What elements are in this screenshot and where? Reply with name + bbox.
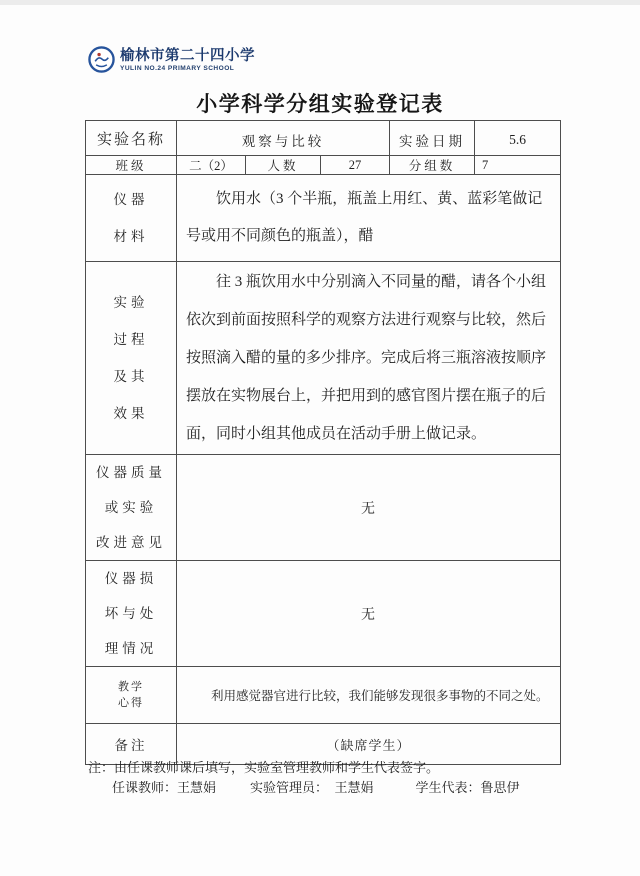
label-line: 改进意见 bbox=[86, 525, 176, 560]
label-line: 过程 bbox=[86, 321, 176, 358]
form-title: 小学科学分组实验登记表 bbox=[0, 88, 640, 118]
school-emblem-icon bbox=[88, 46, 115, 73]
class-label: 班级 bbox=[86, 156, 177, 175]
top-strip bbox=[0, 0, 640, 5]
student-rep-signature: 学生代表：鲁思伊 bbox=[416, 779, 520, 797]
row-process: 实验 过程 及其 效果 往 3 瓶饮用水中分别滴入不同量的醋，请各个小组依次到前… bbox=[86, 262, 561, 455]
quality-content: 无 bbox=[177, 455, 561, 561]
label-line: 仪器 bbox=[86, 181, 176, 218]
experiment-name-value: 观察与比较 bbox=[177, 121, 390, 156]
label-line: 效果 bbox=[86, 395, 176, 432]
school-name-cn: 榆林市第二十四小学 bbox=[120, 48, 255, 64]
label-line: 或实验 bbox=[86, 490, 176, 525]
quality-label: 仪器质量 或实验 改进意见 bbox=[86, 455, 177, 561]
school-header: 榆林市第二十四小学 YULIN NO.24 PRIMARY SCHOOL bbox=[88, 46, 255, 73]
school-name-en: YULIN NO.24 PRIMARY SCHOOL bbox=[120, 65, 255, 72]
reflection-label: 教学 心得 bbox=[86, 667, 177, 724]
process-content: 往 3 瓶饮用水中分别滴入不同量的醋，请各个小组依次到前面按照科学的观察方法进行… bbox=[177, 262, 561, 455]
materials-content: 饮用水（3 个半瓶，瓶盖上用红、黄、蓝彩笔做记号或用不同颜色的瓶盖），醋 bbox=[177, 175, 561, 262]
experiment-form-table: 实验名称 观察与比较 实验日期 5.6 班级 二（2） 人数 27 分组数 7 … bbox=[85, 120, 561, 765]
label-line: 理情况 bbox=[86, 631, 176, 666]
students-value: 27 bbox=[321, 156, 390, 175]
damage-content: 无 bbox=[177, 561, 561, 667]
materials-text: 饮用水（3 个半瓶，瓶盖上用红、黄、蓝彩笔做记号或用不同颜色的瓶盖），醋 bbox=[186, 181, 551, 255]
row-quality: 仪器质量 或实验 改进意见 无 bbox=[86, 455, 561, 561]
document-page: 榆林市第二十四小学 YULIN NO.24 PRIMARY SCHOOL 小学科… bbox=[0, 0, 640, 876]
label-line: 仪器损 bbox=[86, 561, 176, 596]
lab-manager-signature: 实验管理员： 王慧娟 bbox=[250, 779, 374, 797]
footer-notes: 注：由任课教师课后填写，实验室管理教师和学生代表签字。 任课教师：王慧娟 实验管… bbox=[88, 759, 558, 797]
reflection-content: 利用感觉器官进行比较，我们能够发现很多事物的不同之处。 bbox=[177, 667, 561, 724]
experiment-name-label: 实验名称 bbox=[86, 121, 177, 156]
label-line: 心得 bbox=[86, 695, 176, 711]
row-experiment-name: 实验名称 观察与比较 实验日期 5.6 bbox=[86, 121, 561, 156]
label-line: 坏与处 bbox=[86, 596, 176, 631]
process-label: 实验 过程 及其 效果 bbox=[86, 262, 177, 455]
label-line: 仪器质量 bbox=[86, 455, 176, 490]
reflection-text: 利用感觉器官进行比较，我们能够发现很多事物的不同之处。 bbox=[186, 686, 551, 704]
row-materials: 仪器 材料 饮用水（3 个半瓶，瓶盖上用红、黄、蓝彩笔做记号或用不同颜色的瓶盖）… bbox=[86, 175, 561, 262]
groups-label: 分组数 bbox=[390, 156, 475, 175]
row-damage: 仪器损 坏与处 理情况 无 bbox=[86, 561, 561, 667]
school-logo-text: 榆林市第二十四小学 YULIN NO.24 PRIMARY SCHOOL bbox=[120, 48, 255, 72]
experiment-date-value: 5.6 bbox=[475, 121, 561, 156]
class-value: 二（2） bbox=[177, 156, 246, 175]
damage-label: 仪器损 坏与处 理情况 bbox=[86, 561, 177, 667]
label-line: 实验 bbox=[86, 284, 176, 321]
row-class-info: 班级 二（2） 人数 27 分组数 7 bbox=[86, 156, 561, 175]
fill-instruction-note: 注：由任课教师课后填写，实验室管理教师和学生代表签字。 bbox=[88, 759, 558, 777]
label-line: 教学 bbox=[86, 679, 176, 695]
label-line: 材料 bbox=[86, 218, 176, 255]
teacher-signature: 任课教师：王慧娟 bbox=[112, 779, 216, 797]
process-text: 往 3 瓶饮用水中分别滴入不同量的醋，请各个小组依次到前面按照科学的观察方法进行… bbox=[186, 263, 551, 453]
groups-value: 7 bbox=[475, 156, 561, 175]
signature-line: 任课教师：王慧娟 实验管理员： 王慧娟 学生代表：鲁思伊 bbox=[88, 779, 558, 797]
materials-label: 仪器 材料 bbox=[86, 175, 177, 262]
experiment-date-label: 实验日期 bbox=[390, 121, 475, 156]
label-line: 及其 bbox=[86, 358, 176, 395]
students-label: 人数 bbox=[246, 156, 321, 175]
row-reflection: 教学 心得 利用感觉器官进行比较，我们能够发现很多事物的不同之处。 bbox=[86, 667, 561, 724]
